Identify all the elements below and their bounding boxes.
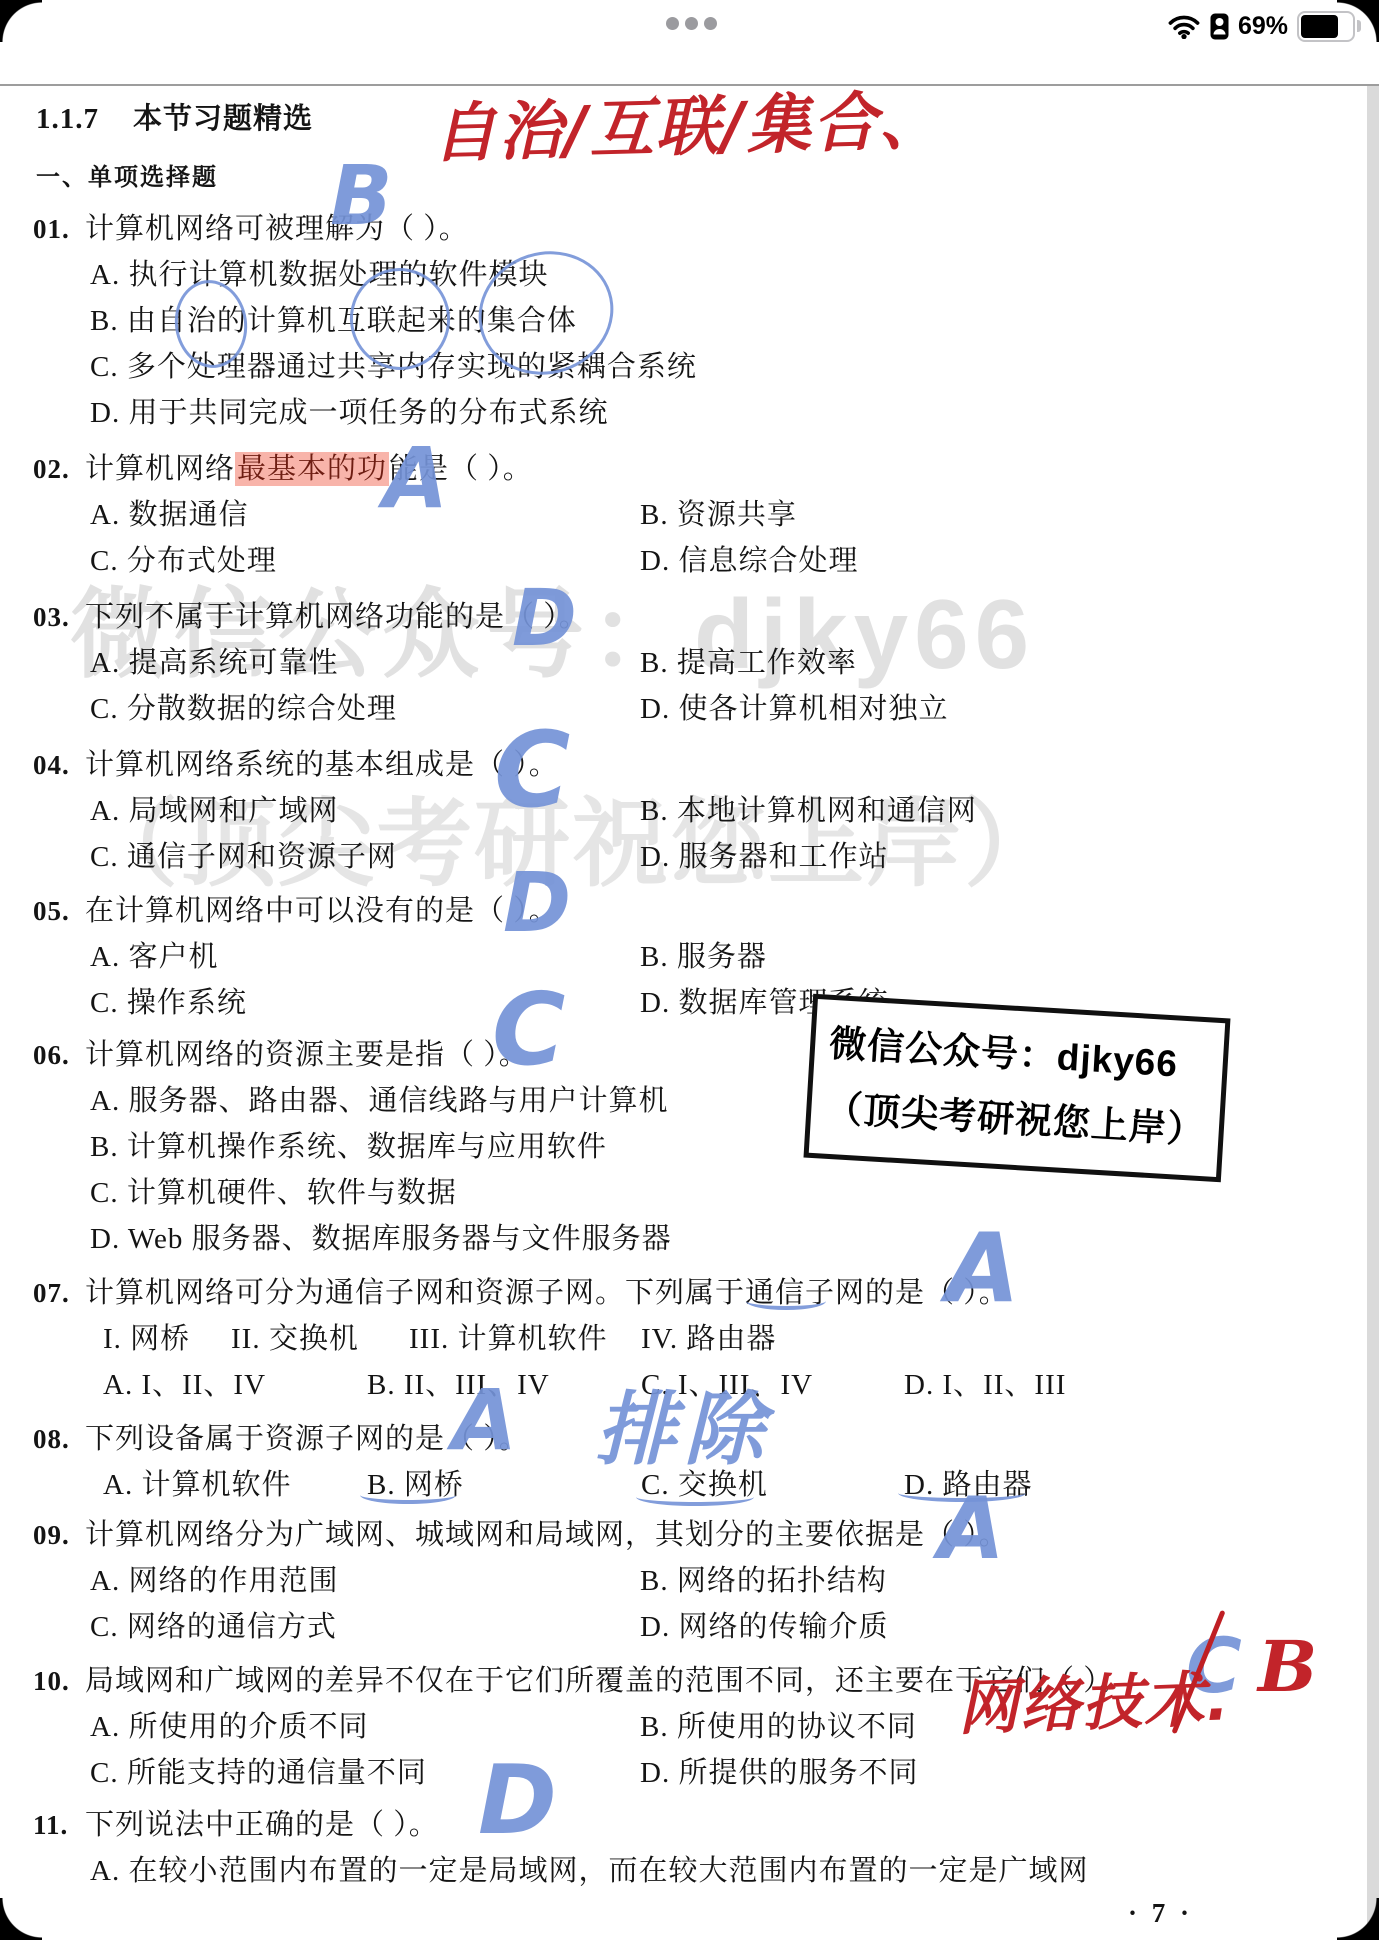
question-line: 09. 计算机网络分为广域网、城域网和局域网，其划分的主要依据是（ ）。 bbox=[0, 1512, 1379, 1558]
question-text: 计算机网络可被理解为（ ）。 bbox=[85, 206, 469, 252]
handwritten-note-top: 自治/互联/集合、 bbox=[431, 89, 945, 166]
dot-icon bbox=[704, 17, 717, 30]
option-row: A. 局域网和广域网 B. 本地计算机网和通信网 bbox=[0, 788, 1379, 834]
question-number: 10. bbox=[33, 1658, 70, 1704]
question-number: 04. bbox=[33, 742, 70, 788]
option-row: C. 所能支持的通信量不同 D. 所提供的服务不同 bbox=[0, 1750, 1379, 1796]
question-02: 02. 计算机网络最基本的功能是（ ）。 A. 数据通信 B. 资源共享 C. … bbox=[0, 446, 1379, 584]
handwritten-underline bbox=[636, 1488, 754, 1506]
question-11: 11. 下列说法中正确的是（ ）。 A. 在较小范围内布置的一定是局域网，而在较… bbox=[0, 1802, 1379, 1894]
handwritten-answer-q3: D bbox=[512, 580, 577, 658]
option: D. 用于共同完成一项任务的分布式系统 bbox=[90, 390, 608, 436]
option: D. 信息综合处理 bbox=[640, 538, 858, 584]
subitem: IV. 路由器 bbox=[641, 1316, 776, 1362]
option: B. 资源共享 bbox=[640, 492, 797, 538]
option: D. Web 服务器、数据库服务器与文件服务器 bbox=[90, 1216, 672, 1262]
question-number: 06. bbox=[33, 1032, 70, 1078]
subitem: III. 计算机软件 bbox=[409, 1316, 607, 1362]
subitem-row: I. 网桥 II. 交换机 III. 计算机软件 IV. 路由器 bbox=[0, 1316, 1379, 1362]
question-number: 07. bbox=[33, 1270, 70, 1316]
subitem: I. 网桥 bbox=[103, 1316, 190, 1362]
handwritten-answer-q1: B bbox=[330, 156, 393, 238]
handwritten-answer-q11: D bbox=[478, 1754, 557, 1849]
question-line: 04. 计算机网络系统的基本组成是（ ）。 bbox=[0, 742, 1379, 788]
status-bar: 69% bbox=[0, 0, 1379, 60]
option-row: C. 分布式处理 D. 信息综合处理 bbox=[0, 538, 1379, 584]
question-04: 04. 计算机网络系统的基本组成是（ ）。 A. 局域网和广域网 B. 本地计算… bbox=[0, 742, 1379, 880]
question-number: 09. bbox=[33, 1512, 70, 1558]
option-row: A. 提高系统可靠性 B. 提高工作效率 bbox=[0, 640, 1379, 686]
question-number: 11. bbox=[33, 1802, 68, 1848]
option: A. 数据通信 bbox=[90, 492, 248, 538]
question-text: 计算机网络可分为通信子网和资源子网。下列属于通信子网的是（ ）。 bbox=[85, 1270, 1009, 1316]
option-row: A. 数据通信 B. 资源共享 bbox=[0, 492, 1379, 538]
question-text: 计算机网络分为广域网、城域网和局域网，其划分的主要依据是（ ）。 bbox=[85, 1512, 1009, 1558]
option: A. 计算机软件 bbox=[103, 1462, 291, 1508]
option: A. 服务器、路由器、通信线路与用户计算机 bbox=[90, 1078, 668, 1124]
option: D. 使各计算机相对独立 bbox=[640, 686, 948, 732]
handwritten-answer-q8: A bbox=[452, 1378, 517, 1462]
option: D. I、II、III bbox=[904, 1362, 1066, 1408]
option: A. 提高系统可靠性 bbox=[90, 640, 338, 686]
handwritten-answer-q4: C bbox=[494, 718, 570, 822]
option: C. 操作系统 bbox=[90, 980, 247, 1026]
handwritten-note-q10: 网络技术. bbox=[957, 1669, 1232, 1738]
option-row: C. 网络的通信方式 D. 网络的传输介质 bbox=[0, 1604, 1379, 1650]
option: A. 客户机 bbox=[90, 934, 218, 980]
handwritten-answer-q2: A bbox=[383, 436, 448, 520]
option: C. 分散数据的综合处理 bbox=[90, 686, 397, 732]
question-number: 05. bbox=[33, 888, 70, 934]
status-icons: 69% bbox=[1167, 11, 1355, 42]
option-row: A. 客户机 B. 服务器 bbox=[0, 934, 1379, 980]
option: A. 局域网和广域网 bbox=[90, 788, 338, 834]
screen-corner bbox=[0, 1898, 42, 1940]
option: A. 在较小范围内布置的一定是局域网，而在较大范围内布置的一定是广域网 bbox=[90, 1848, 1088, 1894]
handwritten-note-q8: 排除 bbox=[596, 1390, 772, 1470]
multitask-dots-indicator[interactable] bbox=[666, 17, 717, 30]
handwritten-answer-q9: A bbox=[938, 1486, 1005, 1572]
question-text: 计算机网络最基本的功能是（ ）。 bbox=[85, 446, 533, 492]
option: A. 所使用的介质不同 bbox=[90, 1704, 368, 1750]
option: B. 本地计算机网和通信网 bbox=[640, 788, 977, 834]
question-05: 05. 在计算机网络中可以没有的是（ ）。 A. 客户机 B. 服务器 C. 操… bbox=[0, 888, 1379, 1026]
question-text: 计算机网络的资源主要是指（ ）。 bbox=[85, 1032, 529, 1078]
option: B. 所使用的协议不同 bbox=[640, 1704, 917, 1750]
handwritten-answer-q7: A bbox=[946, 1222, 1020, 1317]
option: A. 执行计算机数据处理的软件模块 bbox=[90, 252, 548, 298]
question-number: 01. bbox=[33, 206, 70, 252]
question-line: 03. 下列不属于计算机网络功能的是（ ）。 bbox=[0, 594, 1379, 640]
question-number: 08. bbox=[33, 1416, 70, 1462]
option-row: C. 通信子网和资源子网 D. 服务器和工作站 bbox=[0, 834, 1379, 880]
question-number: 02. bbox=[33, 446, 70, 492]
wechat-stamp: 微信公众号：djky66 （顶尖考研祝您上岸） bbox=[804, 994, 1231, 1182]
question-line: 11. 下列说法中正确的是（ ）。 bbox=[0, 1802, 1379, 1848]
screen-corner bbox=[0, 0, 42, 42]
dot-icon bbox=[666, 17, 679, 30]
section-number: 1.1.7 bbox=[36, 103, 99, 135]
option-row: A. 在较小范围内布置的一定是局域网，而在较大范围内布置的一定是广域网 bbox=[0, 1848, 1379, 1894]
option: B. 计算机操作系统、数据库与应用软件 bbox=[90, 1124, 607, 1170]
subitem: II. 交换机 bbox=[231, 1316, 359, 1362]
wifi-icon bbox=[1167, 14, 1201, 39]
option-row: A. 网络的作用范围 B. 网络的拓扑结构 bbox=[0, 1558, 1379, 1604]
handwritten-answer-q5: D bbox=[503, 863, 571, 945]
battery-fill bbox=[1301, 15, 1338, 38]
battery-percent: 69% bbox=[1238, 12, 1288, 41]
question-line: 02. 计算机网络最基本的功能是（ ）。 bbox=[0, 446, 1379, 492]
option: C. 计算机硬件、软件与数据 bbox=[90, 1170, 457, 1216]
option: D. 服务器和工作站 bbox=[640, 834, 888, 880]
question-09: 09. 计算机网络分为广域网、城域网和局域网，其划分的主要依据是（ ）。 A. … bbox=[0, 1512, 1379, 1650]
question-line: 07. 计算机网络可分为通信子网和资源子网。下列属于通信子网的是（ ）。 bbox=[0, 1270, 1379, 1316]
handwritten-answer-q6: C bbox=[492, 980, 565, 1080]
page-top-border bbox=[0, 84, 1379, 86]
highlighted-text: 最基本的功 bbox=[235, 452, 389, 486]
option: C. 通信子网和资源子网 bbox=[90, 834, 397, 880]
question-text: 在计算机网络中可以没有的是（ ）。 bbox=[85, 888, 559, 934]
question-text: 下列说法中正确的是（ ）。 bbox=[85, 1802, 439, 1848]
section-title-text: 本节习题精选 bbox=[133, 103, 313, 135]
handwritten-answer-q10: B bbox=[1258, 1632, 1317, 1702]
option-row: C. 分散数据的综合处理 D. 使各计算机相对独立 bbox=[0, 686, 1379, 732]
option: C. 所能支持的通信量不同 bbox=[90, 1750, 427, 1796]
option: B. 网络的拓扑结构 bbox=[640, 1558, 887, 1604]
question-line: 05. 在计算机网络中可以没有的是（ ）。 bbox=[0, 888, 1379, 934]
option: D. 网络的传输介质 bbox=[640, 1604, 888, 1650]
option: C. 分布式处理 bbox=[90, 538, 277, 584]
question-text-pre: 计算机网络 bbox=[85, 453, 235, 485]
option: B. 服务器 bbox=[640, 934, 767, 980]
option-row: D. 用于共同完成一项任务的分布式系统 bbox=[0, 390, 1379, 436]
hotspot-status-icon bbox=[1210, 13, 1229, 40]
page-number: · 7 · bbox=[1128, 1898, 1193, 1929]
option: A. 网络的作用范围 bbox=[90, 1558, 338, 1604]
option-row: D. Web 服务器、数据库服务器与文件服务器 bbox=[0, 1216, 1379, 1262]
question-03: 03. 下列不属于计算机网络功能的是（ ）。 A. 提高系统可靠性 B. 提高工… bbox=[0, 594, 1379, 732]
option: C. 网络的通信方式 bbox=[90, 1604, 337, 1650]
question-line: 01. 计算机网络可被理解为（ ）。 bbox=[0, 206, 1379, 252]
dot-icon bbox=[685, 17, 698, 30]
question-text: 计算机网络系统的基本组成是（ ）。 bbox=[85, 742, 559, 788]
option: D. 所提供的服务不同 bbox=[640, 1750, 918, 1796]
handwritten-underline bbox=[360, 1486, 456, 1504]
question-number: 03. bbox=[33, 594, 70, 640]
screen-corner bbox=[1337, 1898, 1379, 1940]
option: B. 提高工作效率 bbox=[640, 640, 857, 686]
option: A. I、II、IV bbox=[103, 1362, 266, 1408]
screen-corner bbox=[1337, 0, 1379, 42]
handwritten-underline-arrow bbox=[746, 1292, 826, 1310]
